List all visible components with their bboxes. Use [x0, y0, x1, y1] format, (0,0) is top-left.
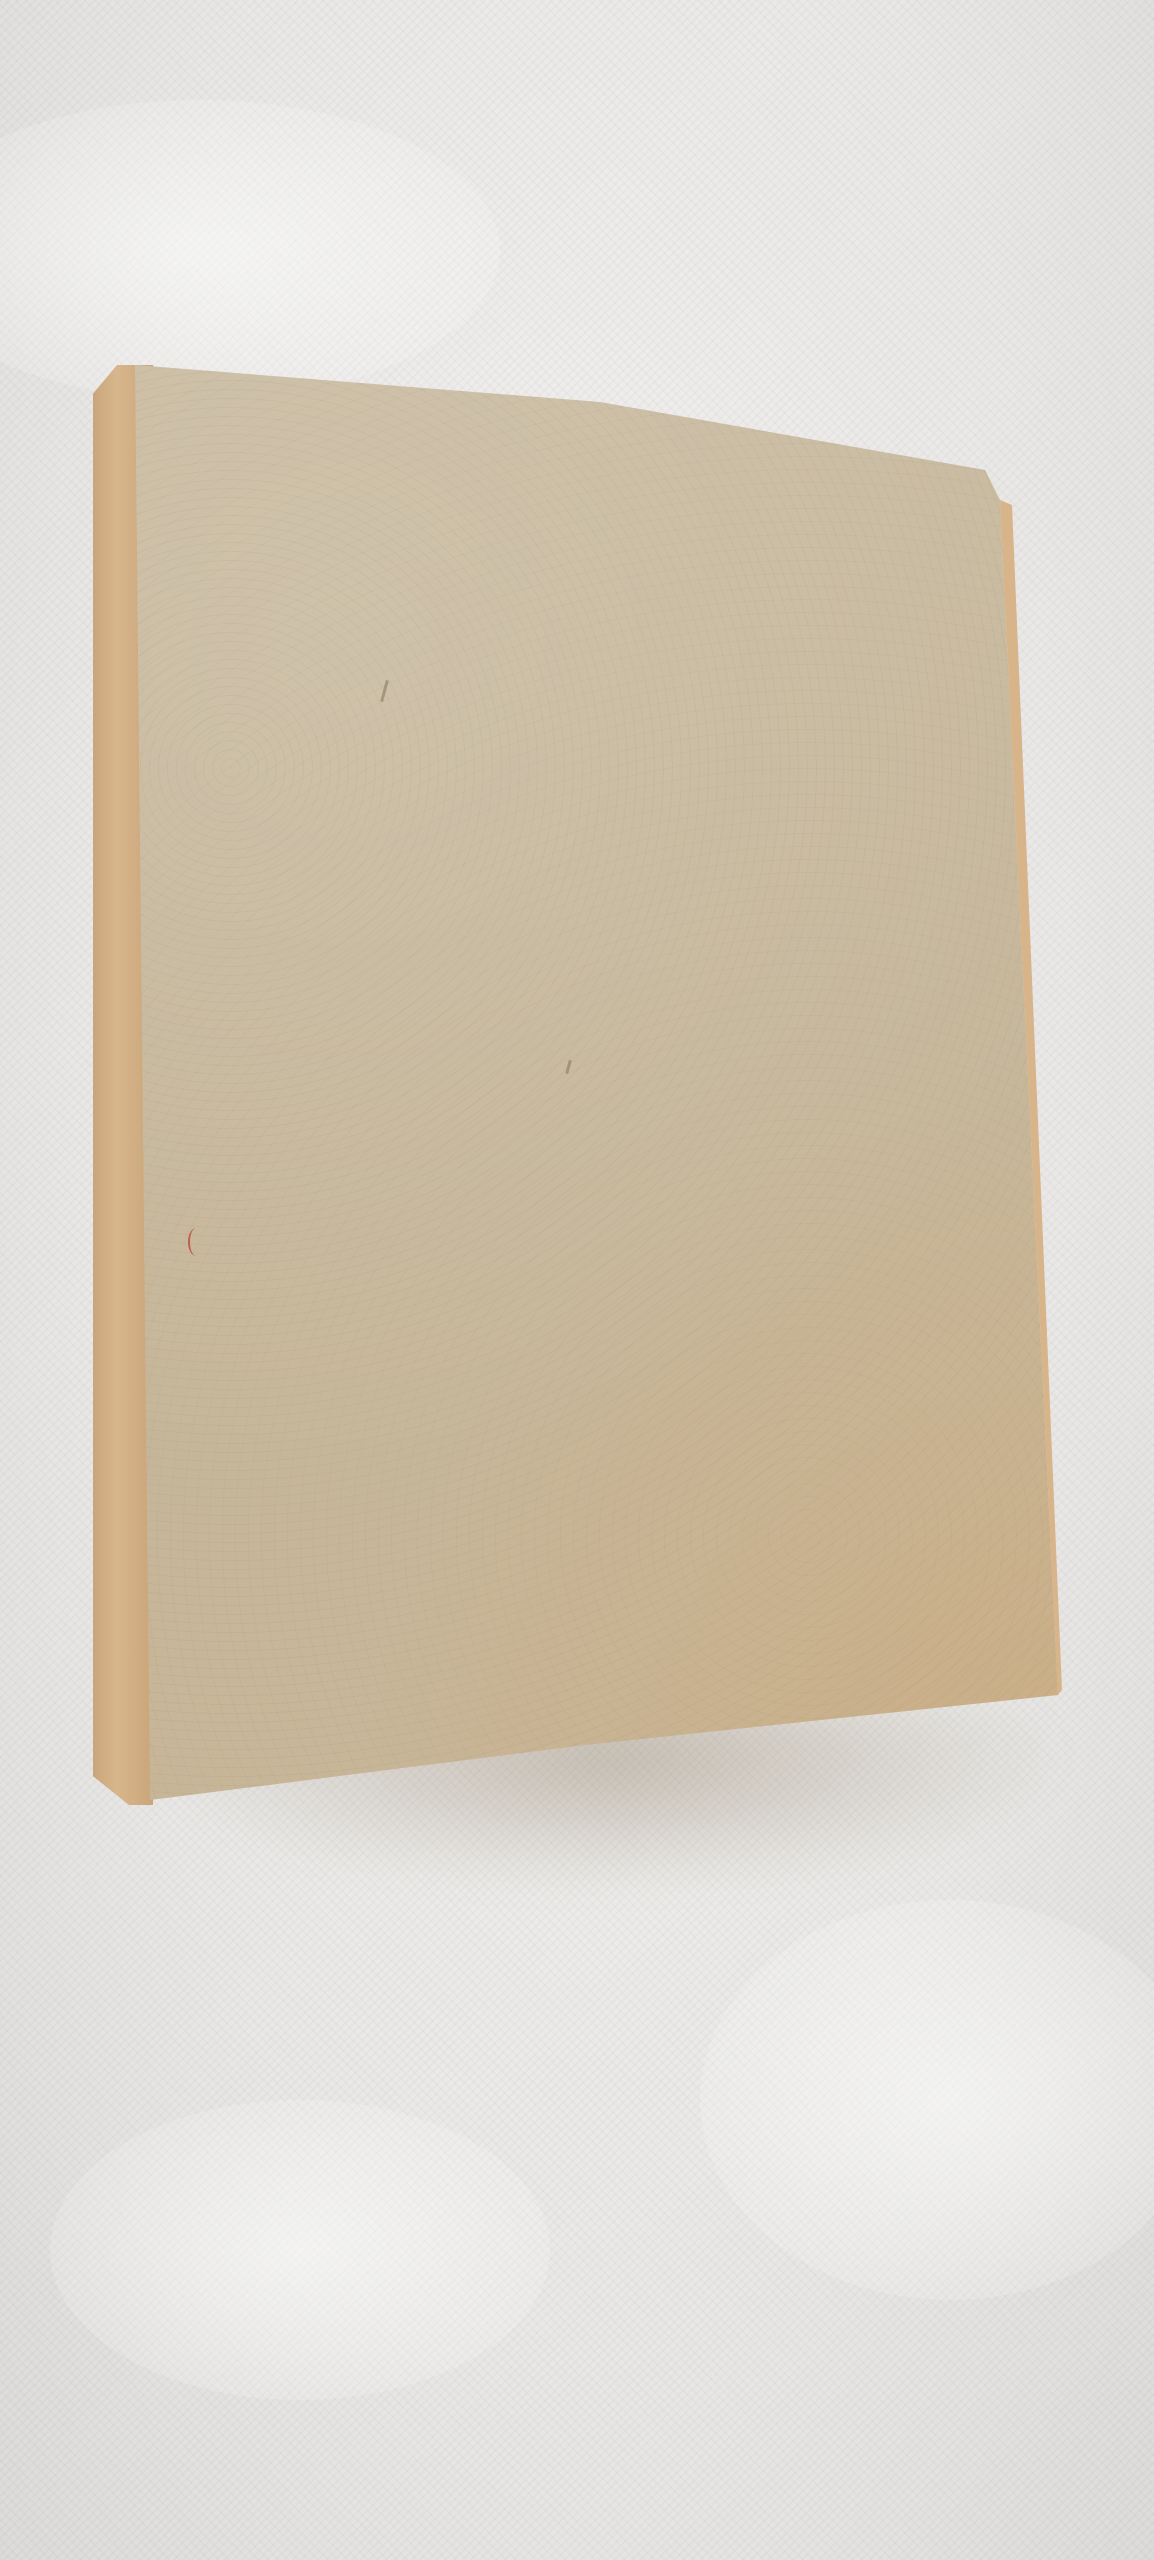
- book-back-cover: [0, 0, 1154, 2560]
- red-ink-mark: [188, 1228, 204, 1256]
- book: [0, 0, 1154, 2560]
